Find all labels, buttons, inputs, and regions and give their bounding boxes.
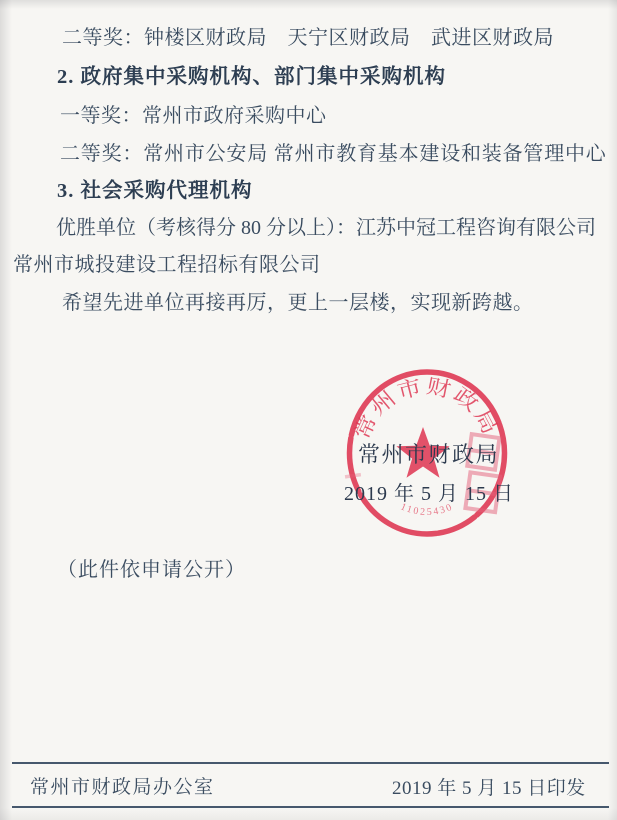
svg-text:常州市财政局: 常州市财政局 — [350, 374, 503, 443]
seal-arc-text: 常州市财政局 — [350, 374, 503, 443]
issue-date: 2019 年 5 月 15 日 — [344, 477, 514, 506]
winner-units-line: 优胜单位（考核得分 80 分以上）：江苏中冠工程咨询有限公司 — [56, 217, 596, 239]
closing-remark: 希望先进单位再接再厉，更上一层楼，实现新跨越。 — [62, 292, 534, 314]
footer-office-name: 常州市财政局办公室 — [30, 772, 215, 799]
section-2-heading: 2. 政府集中采购机构、部门集中采购机构 — [57, 66, 446, 88]
footer-divider-top — [12, 762, 609, 764]
footer-print-date: 2019 年 5 月 15 日印发 — [392, 773, 586, 800]
second-prize-line-agencies: 二等奖：常州市公安局 常州市教育基本建设和装备管理中心 — [60, 143, 607, 165]
document-page: 二等奖：钟楼区财政局 天宁区财政局 武进区财政局 2. 政府集中采购机构、部门集… — [0, 0, 617, 820]
second-prize-line-finance-bureaus: 二等奖：钟楼区财政局 天宁区财政局 武进区财政局 — [62, 27, 554, 49]
section-3-heading: 3. 社会采购代理机构 — [57, 180, 253, 202]
footer-divider-bottom — [12, 806, 609, 808]
winner-units-continuation: 常州市城投建设工程招标有限公司 — [13, 254, 321, 276]
issuer-name: 常州市财政局 — [358, 438, 499, 469]
disclosure-note: （此件依申请公开） — [57, 553, 246, 582]
first-prize-line: 一等奖：常州市政府采购中心 — [60, 105, 327, 127]
